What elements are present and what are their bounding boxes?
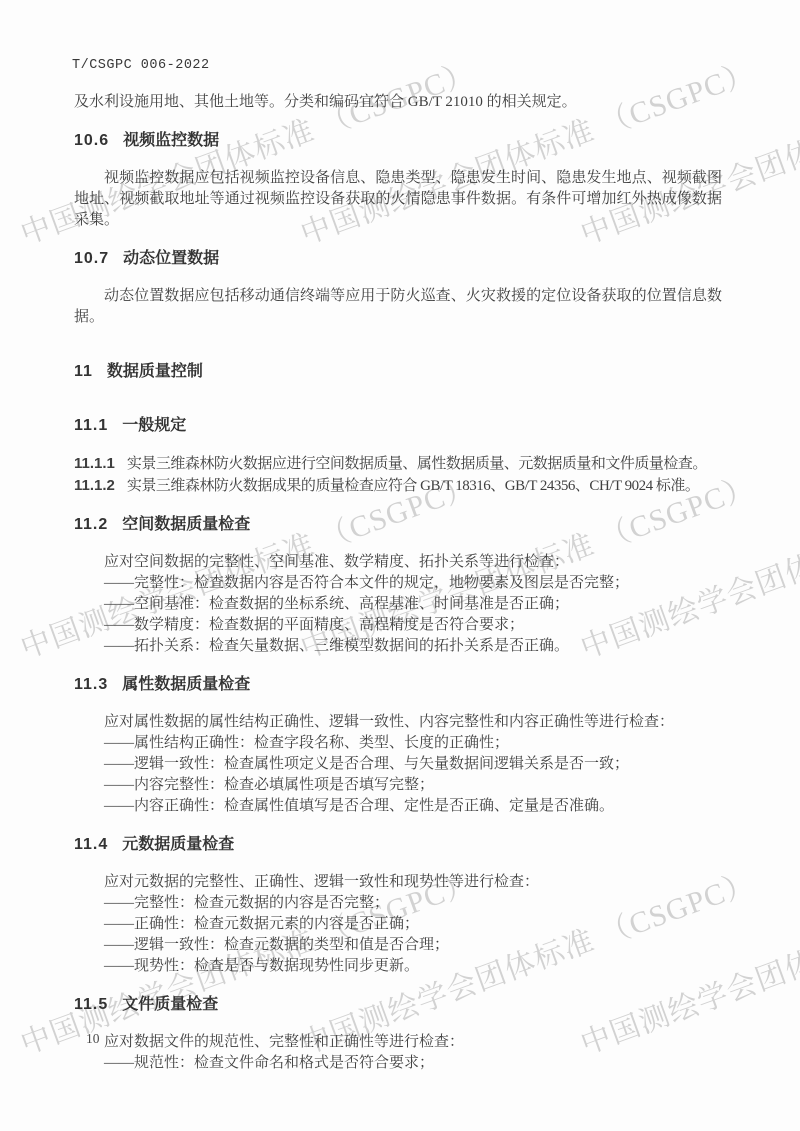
clause-number: 11.3 — [74, 676, 108, 693]
subsection-heading: 10.6视频监控数据 — [74, 130, 722, 151]
document-page: 中国测绘学会团体标准 （CSGPC）中国测绘学会团体标准 （CSGPC）中国测绘… — [0, 0, 800, 1131]
page-number: 10 — [86, 1031, 100, 1047]
paragraph: 应对元数据的完整性、正确性、逻辑一致性和现势性等进行检查： — [74, 872, 722, 893]
paragraph: 应对数据文件的规范性、完整性和正确性等进行检查： — [74, 1032, 722, 1053]
dash-list-item: ——数学精度：检查数据的平面精度、高程精度是否符合要求； — [74, 615, 722, 636]
section-heading: 11数据质量控制 — [74, 361, 722, 382]
clause-number: 10.7 — [74, 250, 109, 267]
subsection-heading: 11.2空间数据质量检查 — [74, 514, 722, 535]
clause-number: 11 — [74, 363, 93, 380]
clause-text: 动态位置数据 — [123, 250, 219, 267]
paragraph: 应对空间数据的完整性、空间基准、数学精度、拓扑关系等进行检查： — [74, 552, 722, 573]
dash-list-item: ——内容完整性：检查必填属性项是否填写完整； — [74, 775, 722, 796]
paragraph: 应对属性数据的属性结构正确性、逻辑一致性、内容完整性和内容正确性等进行检查： — [74, 712, 722, 733]
clause-text: 文件质量检查 — [122, 996, 218, 1013]
clause-paragraph: 11.1.2实景三维森林防火数据成果的质量检查应符合 GB/T 18316、GB… — [74, 475, 722, 497]
dash-list-item: ——规范性：检查文件命名和格式是否符合要求； — [74, 1053, 722, 1074]
clause-text: 数据质量控制 — [107, 363, 203, 380]
clause-text: 视频监控数据 — [123, 132, 219, 149]
paragraph: 动态位置数据应包括移动通信终端等应用于防火巡查、火灾救援的定位设备获取的位置信息… — [74, 286, 722, 328]
clause-number: 11.4 — [74, 836, 108, 853]
clause-number: 11.2 — [74, 516, 108, 533]
dash-list-item: ——正确性：检查元数据元素的内容是否正确； — [74, 914, 722, 935]
subsection-heading: 11.1一般规定 — [74, 415, 722, 436]
subsection-heading: 11.4元数据质量检查 — [74, 834, 722, 855]
clause-number: 11.1.1 — [74, 455, 115, 472]
subsection-heading: 11.3属性数据质量检查 — [74, 674, 722, 695]
dash-list-item: ——现势性：检查是否与数据现势性同步更新。 — [74, 956, 722, 977]
doc-header: T/CSGPC 006-2022 — [72, 58, 210, 73]
subsection-heading: 10.7动态位置数据 — [74, 248, 722, 269]
clause-text: 元数据质量检查 — [122, 836, 234, 853]
clause-text: 空间数据质量检查 — [122, 516, 250, 533]
clause-number: 11.1.2 — [74, 477, 115, 494]
clause-paragraph: 11.1.1实景三维森林防火数据应进行空间数据质量、属性数据质量、元数据质量和文… — [74, 453, 722, 475]
clause-text: 实景三维森林防火数据成果的质量检查应符合 GB/T 18316、GB/T 243… — [127, 478, 699, 494]
dash-list-item: ——属性结构正确性：检查字段名称、类型、长度的正确性； — [74, 733, 722, 754]
clause-number: 10.6 — [74, 132, 109, 149]
clause-number: 11.5 — [74, 996, 108, 1013]
dash-list-item: ——逻辑一致性：检查属性项定义是否合理、与矢量数据间逻辑关系是否一致； — [74, 754, 722, 775]
paragraph: 视频监控数据应包括视频监控设备信息、隐患类型、隐患发生时间、隐患发生地点、视频截… — [74, 168, 722, 231]
dash-list-item: ——完整性：检查元数据的内容是否完整； — [74, 893, 722, 914]
dash-list-item: ——拓扑关系：检查矢量数据、三维模型数据间的拓扑关系是否正确。 — [74, 636, 722, 657]
clause-number: 11.1 — [74, 417, 108, 434]
dash-list-item: ——空间基准：检查数据的坐标系统、高程基准、时间基准是否正确； — [74, 594, 722, 615]
paragraph-continuation: 及水利设施用地、其他土地等。分类和编码宜符合 GB/T 21010 的相关规定。 — [74, 92, 722, 113]
dash-list-item: ——完整性：检查数据内容是否符合本文件的规定，地物要素及图层是否完整； — [74, 573, 722, 594]
dash-list-item: ——内容正确性：检查属性值填写是否合理、定性是否正确、定量是否准确。 — [74, 796, 722, 817]
clause-text: 一般规定 — [122, 417, 186, 434]
clause-text: 属性数据质量检查 — [122, 676, 250, 693]
dash-list-item: ——逻辑一致性：检查元数据的类型和值是否合理； — [74, 935, 722, 956]
doc-content: 及水利设施用地、其他土地等。分类和编码宜符合 GB/T 21010 的相关规定。… — [74, 92, 722, 1074]
clause-text: 实景三维森林防火数据应进行空间数据质量、属性数据质量、元数据质量和文件质量检查。 — [127, 456, 707, 472]
subsection-heading: 11.5文件质量检查 — [74, 994, 722, 1015]
